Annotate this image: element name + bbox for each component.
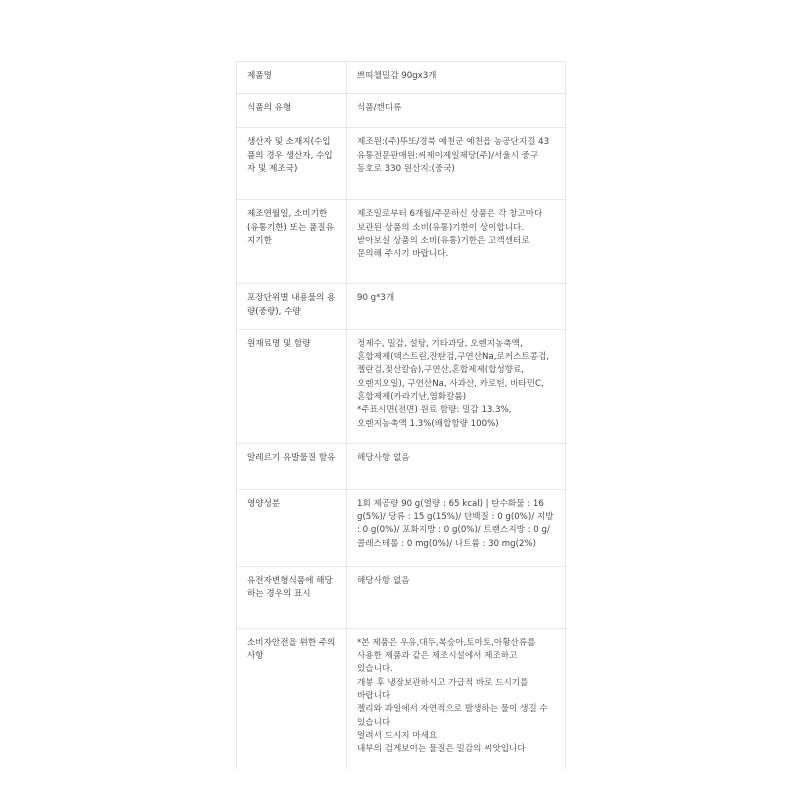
table-row: 원재료명 및 함량정제수, 밀감, 설탕, 기타과당, 오렌지농축액, 혼합제제… [237,329,566,443]
row-value: 쁘띠첼밀감 90gx3개 [347,62,566,94]
row-label: 제품명 [237,62,347,94]
value-line: *주표시면(전면) 원료 함량: 밀감 13.3%, 오렌지농축액 1.3%(배… [357,404,555,431]
table-row: 포장단위별 내용물의 용량(중량), 수량90 g*3개 [237,284,566,330]
value-line: 1회 제공량 90 g(열량 : 65 kcal) | 탄수화물 : 16 g(… [357,498,555,551]
row-label: 식품의 유형 [237,94,347,128]
row-label: 소비자안전을 위한 주의사항 [237,628,347,769]
table-row: 유전자변형식품에 해당하는 경우의 표시해당사항 없음 [237,566,566,628]
row-value: 제조원:(주)뚜또/경북 예천군 예천읍 농공단지길 43유통전문판매원:씨제이… [347,128,566,200]
value-line: *본 제품은 우유,대두,복숭아,토마토,아황산류를 사용한 제품과 같은 제조… [357,637,555,677]
product-info-table: 제품명쁘띠첼밀감 90gx3개식품의 유형식품/캔디류생산자 및 소재지(수입품… [236,61,566,769]
value-line: 식품/캔디류 [357,102,555,115]
value-line: 제조원:(주)뚜또/경북 예천군 예천읍 농공단지길 43 [357,136,555,149]
table-row: 영양성분1회 제공량 90 g(열량 : 65 kcal) | 탄수화물 : 1… [237,489,566,566]
table-row: 제조연월일, 소비기한(유통기한) 또는 품질유지기한제조일로부터 6개월/주문… [237,200,566,284]
row-label: 생산자 및 소재지(수입품의 경우 생산자, 수입자 및 제조국) [237,128,347,200]
value-line: 유통전문판매원:씨제이제일제당(주)/서울시 중구 동호로 330 원산지:(중… [357,150,555,177]
value-line: 해당사항 없음 [357,575,555,588]
row-value: 해당사항 없음 [347,566,566,628]
value-line: 정제수, 밀감, 설탕, 기타과당, 오렌지농축액, 혼합제제(덱스트린,잔탄검… [357,338,555,404]
table-row: 알레르기 유발물질 함유해당사항 없음 [237,443,566,489]
value-line: 내부의 검게보이는 물질은 밀감의 씨앗입니다 [357,743,555,756]
row-value: 1회 제공량 90 g(열량 : 65 kcal) | 탄수화물 : 16 g(… [347,489,566,566]
row-value: 제조일로부터 6개월/주문하신 상품은 각 창고마다 보관된 상품의 소비(유통… [347,200,566,284]
table-row: 제품명쁘띠첼밀감 90gx3개 [237,62,566,94]
value-line: 쁘띠첼밀감 90gx3개 [357,70,555,83]
row-value: 90 g*3개 [347,284,566,330]
row-value: 해당사항 없음 [347,443,566,489]
row-label: 유전자변형식품에 해당하는 경우의 표시 [237,566,347,628]
row-label: 원재료명 및 함량 [237,329,347,443]
row-value: 식품/캔디류 [347,94,566,128]
value-line: 젤리와 과일에서 자연적으로 발생하는 물이 생길 수 있습니다 [357,703,555,730]
value-line: 얼려서 드시지 마세요 [357,730,555,743]
value-line: 개봉 후 냉장보관하시고 가급적 바로 드시기를 바랍니다 [357,677,555,704]
value-line: 90 g*3개 [357,292,555,305]
table-row: 소비자안전을 위한 주의사항*본 제품은 우유,대두,복숭아,토마토,아황산류를… [237,628,566,769]
value-line: 제조일로부터 6개월/주문하신 상품은 각 창고마다 보관된 상품의 소비(유통… [357,208,555,261]
value-line: 해당사항 없음 [357,452,555,465]
row-label: 알레르기 유발물질 함유 [237,443,347,489]
row-value: 정제수, 밀감, 설탕, 기타과당, 오렌지농축액, 혼합제제(덱스트린,잔탄검… [347,329,566,443]
row-value: *본 제품은 우유,대두,복숭아,토마토,아황산류를 사용한 제품과 같은 제조… [347,628,566,769]
row-label: 영양성분 [237,489,347,566]
table-row: 생산자 및 소재지(수입품의 경우 생산자, 수입자 및 제조국)제조원:(주)… [237,128,566,200]
row-label: 포장단위별 내용물의 용량(중량), 수량 [237,284,347,330]
row-label: 제조연월일, 소비기한(유통기한) 또는 품질유지기한 [237,200,347,284]
table-row: 식품의 유형식품/캔디류 [237,94,566,128]
